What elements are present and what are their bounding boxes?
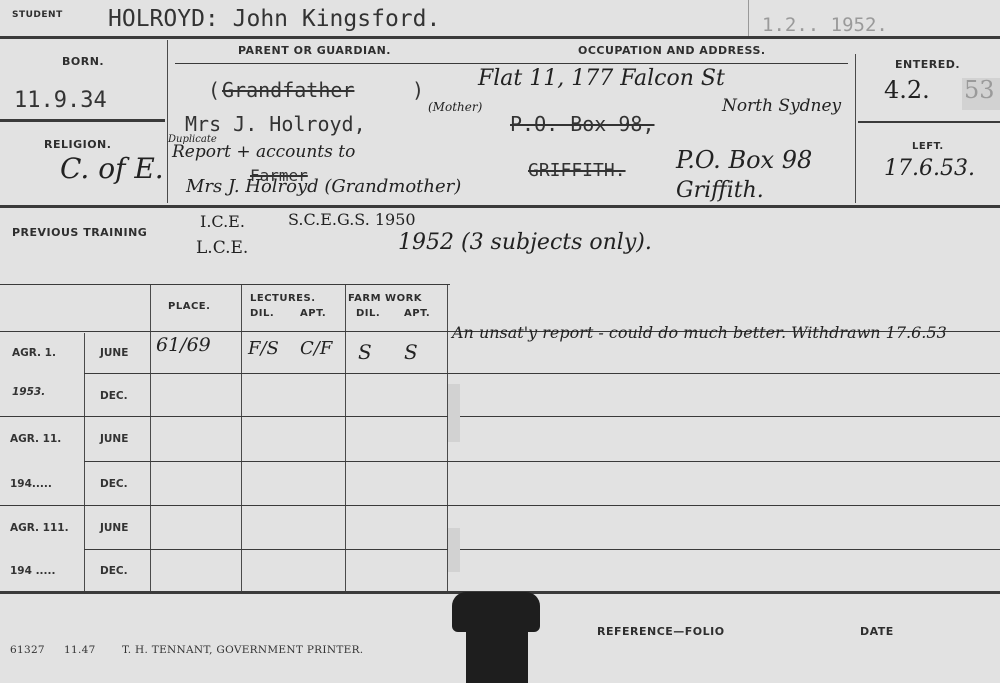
date-label: DATE <box>860 625 894 638</box>
born-value: 11.9.34 <box>14 88 107 113</box>
entered-label: ENTERED. <box>895 58 960 71</box>
guardian-relation-close: ) <box>412 78 424 102</box>
row-term: JUNE <box>100 522 128 534</box>
entered-value: 4.2. <box>884 76 930 104</box>
report-accounts-note: Report + accounts to <box>172 142 355 162</box>
second-address-line1: P.O. Box 98 <box>676 146 812 174</box>
row-year-label: 194..... <box>10 478 52 490</box>
training-rule <box>0 284 450 285</box>
parent-label: PARENT OR GUARDIAN. <box>238 44 391 57</box>
row-lec-dil: F/S <box>248 338 279 359</box>
entered-rule <box>858 121 1000 123</box>
header-farm-dil: DIL. <box>356 308 380 319</box>
left-value: 17.6.53. <box>884 156 975 181</box>
row-term: DEC. <box>100 478 128 490</box>
header-lectures: LECTURES. <box>250 293 316 304</box>
row-year-label: AGR. 1. <box>12 347 56 359</box>
row-year-label: AGR. 11. <box>10 433 61 445</box>
row-farm-dil: S <box>358 340 372 364</box>
top-right-divider <box>748 0 749 36</box>
row-term: JUNE <box>100 347 128 359</box>
row-line-3 <box>0 416 1000 417</box>
prev-training-line1-a: I.C.E. <box>200 212 245 231</box>
printer-credit: T. H. TENNANT, GOVERNMENT PRINTER. <box>122 644 363 656</box>
row-farm-apt: S <box>404 340 418 364</box>
row-remarks: An unsat'y report - could do much better… <box>452 322 952 344</box>
row-term: JUNE <box>100 433 128 445</box>
row-term: DEC. <box>100 565 128 577</box>
print-date: 11.47 <box>64 644 96 656</box>
religion-value: C. of E. <box>60 152 164 185</box>
row-year-label: 1953. <box>12 386 45 398</box>
born-rule <box>0 119 165 122</box>
prev-training-line2-a: L.C.E. <box>196 238 248 258</box>
second-guardian-name: Mrs J. Holroyd (Grandmother) <box>186 176 461 197</box>
header-rule <box>0 36 1000 39</box>
entered-year-faint: 53 <box>964 76 995 104</box>
row-term: DEC. <box>100 390 128 402</box>
scan-shade-2 <box>448 528 460 572</box>
born-label: BORN. <box>62 55 104 68</box>
parent-rule <box>175 63 848 64</box>
row-year-label: AGR. 111. <box>10 522 69 534</box>
guardian-struck-po: P.O. Box 98, <box>510 112 655 136</box>
reference-folio-label: REFERENCE—FOLIO <box>597 625 725 638</box>
left-label: LEFT. <box>912 141 944 152</box>
second-address-line2: Griffith. <box>676 178 764 203</box>
header-place: PLACE. <box>168 301 210 312</box>
struck-town: GRIFFITH. <box>528 160 626 181</box>
header-farm-apt: APT. <box>404 308 430 319</box>
header-farm-work: FARM WORK <box>348 293 422 304</box>
previous-training-label: PREVIOUS TRAINING <box>12 226 147 239</box>
prev-training-line1-b: S.C.E.G.S. 1950 <box>288 210 416 229</box>
prev-training-line2-b: 1952 (3 subjects only). <box>398 230 652 255</box>
row-line-2 <box>84 373 1000 374</box>
row-lec-apt: C/F <box>300 338 332 359</box>
guardian-hand-relation: (Mother) <box>428 100 482 114</box>
born-divider <box>167 40 168 203</box>
scan-shade-1 <box>448 384 460 442</box>
guardian-address-line2: North Sydney <box>722 96 841 116</box>
header-lectures-dil: DIL. <box>250 308 274 319</box>
occupation-divider <box>855 54 856 203</box>
guardian-relation-open: ( <box>208 78 220 102</box>
row-line-5 <box>0 505 1000 506</box>
student-name: HOLROYD: John Kingsford. <box>108 6 440 32</box>
row-line-4 <box>84 461 1000 462</box>
header-lectures-apt: APT. <box>300 308 326 319</box>
guardian-bottom-rule <box>0 205 1000 208</box>
row-line-6 <box>84 549 1000 550</box>
occupation-label: OCCUPATION AND ADDRESS. <box>578 44 766 57</box>
col-divider-term <box>84 333 85 592</box>
religion-label: RELIGION. <box>44 138 111 151</box>
top-right-faint-date: 1.2.. 1952. <box>762 14 888 36</box>
guardian-name: Mrs J. Holroyd, <box>185 112 366 136</box>
print-code: 61327 <box>10 644 45 656</box>
row-year-label: 194 ..... <box>10 565 56 577</box>
student-label: STUDENT <box>12 10 63 20</box>
guardian-address-line1: Flat 11, 177 Falcon St <box>478 66 725 91</box>
punch-hole-blot-stem <box>466 626 528 683</box>
row-place: 61/69 <box>156 334 211 356</box>
guardian-relation-struck: Grandfather <box>222 78 354 102</box>
